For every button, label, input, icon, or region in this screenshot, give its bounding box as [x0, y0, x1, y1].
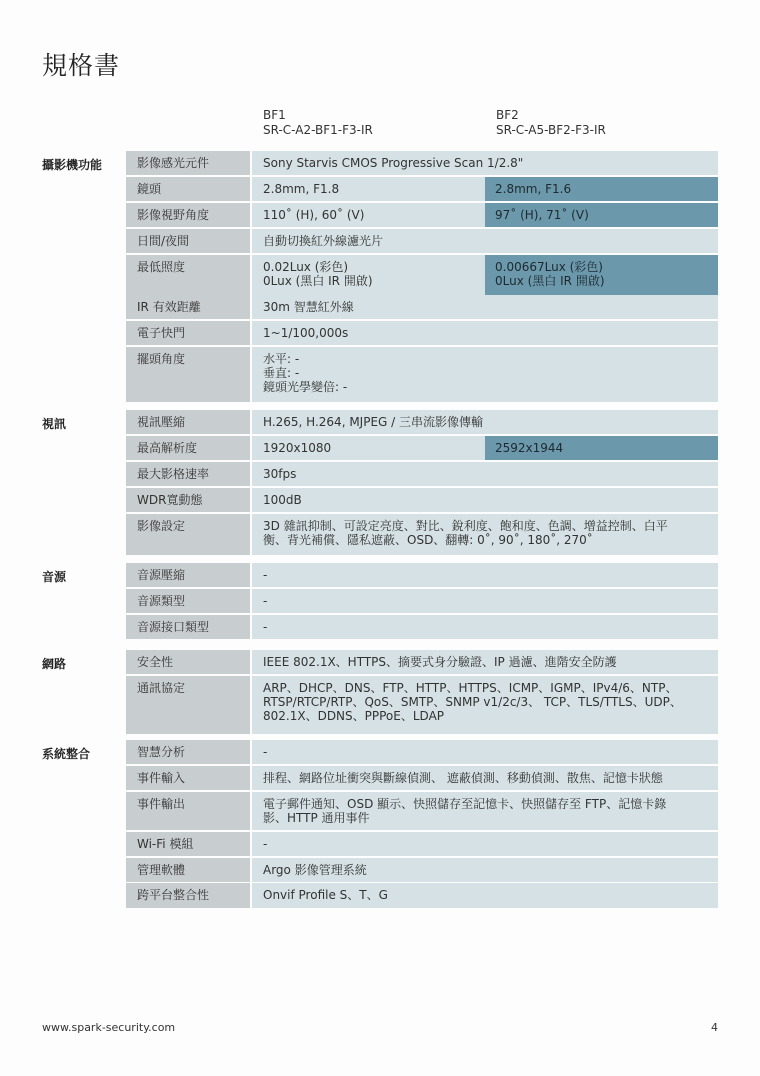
section-label: 系統整合	[42, 745, 90, 762]
spec-values: 1~1/100,000s	[252, 321, 718, 345]
spec-values: 自動切換紅外線濾光片	[252, 229, 718, 253]
spec-key: 安全性	[126, 650, 250, 674]
spec-values: 30fps	[252, 462, 718, 486]
spec-values: -	[252, 563, 718, 587]
spec-row: Wi-Fi 模組-	[126, 832, 718, 856]
spec-key: 智慧分析	[126, 740, 250, 764]
spec-row: 音源壓縮-	[126, 563, 718, 587]
spec-values: -	[252, 589, 718, 613]
spec-values: 110˚ (H), 60˚ (V)97˚ (H), 71˚ (V)	[252, 203, 718, 227]
spec-values: 排程、網路位址衝突與斷線偵測、 遮蔽偵測、移動偵測、散焦、記憶卡狀態	[252, 766, 718, 790]
model-code: SR-C-A2-BF1-F3-IR	[263, 123, 373, 138]
spec-row: 最高解析度1920x10802592x1944	[126, 436, 718, 460]
spec-value-bf1: H.265, H.264, MJPEG / 三串流影像傳輸	[252, 410, 718, 434]
spec-value-bf1: -	[252, 563, 718, 587]
spec-key: 音源接口類型	[126, 615, 250, 639]
model-header-bf1: BF1 SR-C-A2-BF1-F3-IR	[263, 108, 373, 138]
spec-row: IR 有效距離30m 智慧紅外線	[126, 295, 718, 319]
spec-values: 3D 雜訊抑制、可設定亮度、對比、銳利度、飽和度、色調、增益控制、白平 衡、背光…	[252, 514, 718, 555]
spec-value-bf2: 2.8mm, F1.6	[485, 177, 718, 201]
spec-value-bf1: -	[252, 615, 718, 639]
spec-row: 音源接口類型-	[126, 615, 718, 639]
spec-value-bf1: Argo 影像管理系統	[252, 858, 718, 882]
spec-key: 通訊協定	[126, 676, 250, 734]
spec-key: 管理軟體	[126, 858, 250, 882]
spec-value-bf1: Onvif Profile S、T、G	[252, 883, 718, 908]
spec-value-bf1: 100dB	[252, 488, 718, 512]
spec-values: ARP、DHCP、DNS、FTP、HTTP、HTTPS、ICMP、IGMP、IP…	[252, 676, 718, 734]
spec-row: 通訊協定ARP、DHCP、DNS、FTP、HTTP、HTTPS、ICMP、IGM…	[126, 676, 718, 734]
spec-value-bf1: 排程、網路位址衝突與斷線偵測、 遮蔽偵測、移動偵測、散焦、記憶卡狀態	[252, 766, 718, 790]
model-name: BF1	[263, 108, 373, 123]
spec-row: WDR寬動態100dB	[126, 488, 718, 512]
spec-row: 影像視野角度110˚ (H), 60˚ (V)97˚ (H), 71˚ (V)	[126, 203, 718, 227]
spec-values: -	[252, 832, 718, 856]
spec-key: 影像感光元件	[126, 151, 250, 175]
spec-key: 電子快門	[126, 321, 250, 345]
spec-value-bf1: Sony Starvis CMOS Progressive Scan 1/2.8…	[252, 151, 718, 175]
spec-row: 事件輸入排程、網路位址衝突與斷線偵測、 遮蔽偵測、移動偵測、散焦、記憶卡狀態	[126, 766, 718, 790]
model-code: SR-C-A5-BF2-F3-IR	[496, 123, 606, 138]
spec-value-bf1: 1~1/100,000s	[252, 321, 718, 345]
spec-value-bf2: 2592x1944	[485, 436, 718, 460]
spec-value-bf1: ARP、DHCP、DNS、FTP、HTTP、HTTPS、ICMP、IGMP、IP…	[252, 676, 718, 734]
page-title: 規格書	[42, 46, 120, 82]
spec-row: 管理軟體Argo 影像管理系統	[126, 858, 718, 882]
spec-value-bf1: -	[252, 832, 718, 856]
spec-row: 鏡頭2.8mm, F1.82.8mm, F1.6	[126, 177, 718, 201]
spec-key: 音源類型	[126, 589, 250, 613]
spec-values: 水平: - 垂直: - 鏡頭光學變倍: -	[252, 347, 718, 402]
spec-values: Onvif Profile S、T、G	[252, 883, 718, 908]
footer-url[interactable]: www.spark-security.com	[42, 1021, 175, 1034]
spec-row: 音源類型-	[126, 589, 718, 613]
spec-row: 跨平台整合性Onvif Profile S、T、G	[126, 883, 718, 908]
spec-value-bf1: 1920x1080	[252, 436, 485, 460]
spec-value-bf1: -	[252, 589, 718, 613]
spec-value-bf1: 自動切換紅外線濾光片	[252, 229, 718, 253]
spec-values: -	[252, 615, 718, 639]
spec-key: IR 有效距離	[126, 295, 250, 319]
spec-key: 事件輸入	[126, 766, 250, 790]
spec-value-bf1: 2.8mm, F1.8	[252, 177, 485, 201]
page-number: 4	[711, 1021, 718, 1034]
model-header-bf2: BF2 SR-C-A5-BF2-F3-IR	[496, 108, 606, 138]
spec-key: 影像設定	[126, 514, 250, 555]
spec-key: WDR寬動態	[126, 488, 250, 512]
spec-key: 視訊壓縮	[126, 410, 250, 434]
spec-key: 事件輸出	[126, 792, 250, 830]
spec-value-bf1: 3D 雜訊抑制、可設定亮度、對比、銳利度、飽和度、色調、增益控制、白平 衡、背光…	[252, 514, 718, 555]
spec-key: 跨平台整合性	[126, 883, 250, 908]
spec-values: 2.8mm, F1.82.8mm, F1.6	[252, 177, 718, 201]
spec-value-bf1: IEEE 802.1X、HTTPS、摘要式身分驗證、IP 過濾、進階安全防護	[252, 650, 718, 674]
spec-row: 影像感光元件Sony Starvis CMOS Progressive Scan…	[126, 151, 718, 175]
spec-key: 日間/夜間	[126, 229, 250, 253]
spec-key: 音源壓縮	[126, 563, 250, 587]
spec-values: -	[252, 740, 718, 764]
spec-key: 影像視野角度	[126, 203, 250, 227]
spec-values: 電子郵件通知、OSD 顯示、快照儲存至記憶卡、快照儲存至 FTP、記憶卡錄 影、…	[252, 792, 718, 830]
spec-values: Argo 影像管理系統	[252, 858, 718, 882]
spec-values: 100dB	[252, 488, 718, 512]
spec-value-bf1: 電子郵件通知、OSD 顯示、快照儲存至記憶卡、快照儲存至 FTP、記憶卡錄 影、…	[252, 792, 718, 830]
spec-row: 日間/夜間自動切換紅外線濾光片	[126, 229, 718, 253]
spec-value-bf1: 30fps	[252, 462, 718, 486]
spec-values: 30m 智慧紅外線	[252, 295, 718, 319]
spec-key: 鏡頭	[126, 177, 250, 201]
spec-key: 最大影格速率	[126, 462, 250, 486]
spec-row: 事件輸出電子郵件通知、OSD 顯示、快照儲存至記憶卡、快照儲存至 FTP、記憶卡…	[126, 792, 718, 830]
spec-values: 1920x10802592x1944	[252, 436, 718, 460]
spec-row: 最大影格速率30fps	[126, 462, 718, 486]
spec-key: Wi-Fi 模組	[126, 832, 250, 856]
section-label: 視訊	[42, 415, 66, 432]
spec-key: 擺頭角度	[126, 347, 250, 402]
section-label: 音源	[42, 568, 66, 585]
spec-values: Sony Starvis CMOS Progressive Scan 1/2.8…	[252, 151, 718, 175]
section-label: 網路	[42, 655, 66, 672]
spec-key: 最高解析度	[126, 436, 250, 460]
spec-row: 影像設定3D 雜訊抑制、可設定亮度、對比、銳利度、飽和度、色調、增益控制、白平 …	[126, 514, 718, 555]
model-name: BF2	[496, 108, 606, 123]
spec-row: 擺頭角度水平: - 垂直: - 鏡頭光學變倍: -	[126, 347, 718, 402]
spec-row: 電子快門1~1/100,000s	[126, 321, 718, 345]
spec-value-bf1: 110˚ (H), 60˚ (V)	[252, 203, 485, 227]
spec-values: H.265, H.264, MJPEG / 三串流影像傳輸	[252, 410, 718, 434]
spec-values: IEEE 802.1X、HTTPS、摘要式身分驗證、IP 過濾、進階安全防護	[252, 650, 718, 674]
spec-value-bf2: 97˚ (H), 71˚ (V)	[485, 203, 718, 227]
spec-value-bf1: -	[252, 740, 718, 764]
spec-value-bf1: 水平: - 垂直: - 鏡頭光學變倍: -	[252, 347, 718, 402]
section-label: 攝影機功能	[42, 156, 102, 173]
spec-row: 視訊壓縮H.265, H.264, MJPEG / 三串流影像傳輸	[126, 410, 718, 434]
spec-row: 智慧分析-	[126, 740, 718, 764]
spec-row: 安全性IEEE 802.1X、HTTPS、摘要式身分驗證、IP 過濾、進階安全防…	[126, 650, 718, 674]
spec-value-bf1: 30m 智慧紅外線	[252, 295, 718, 319]
